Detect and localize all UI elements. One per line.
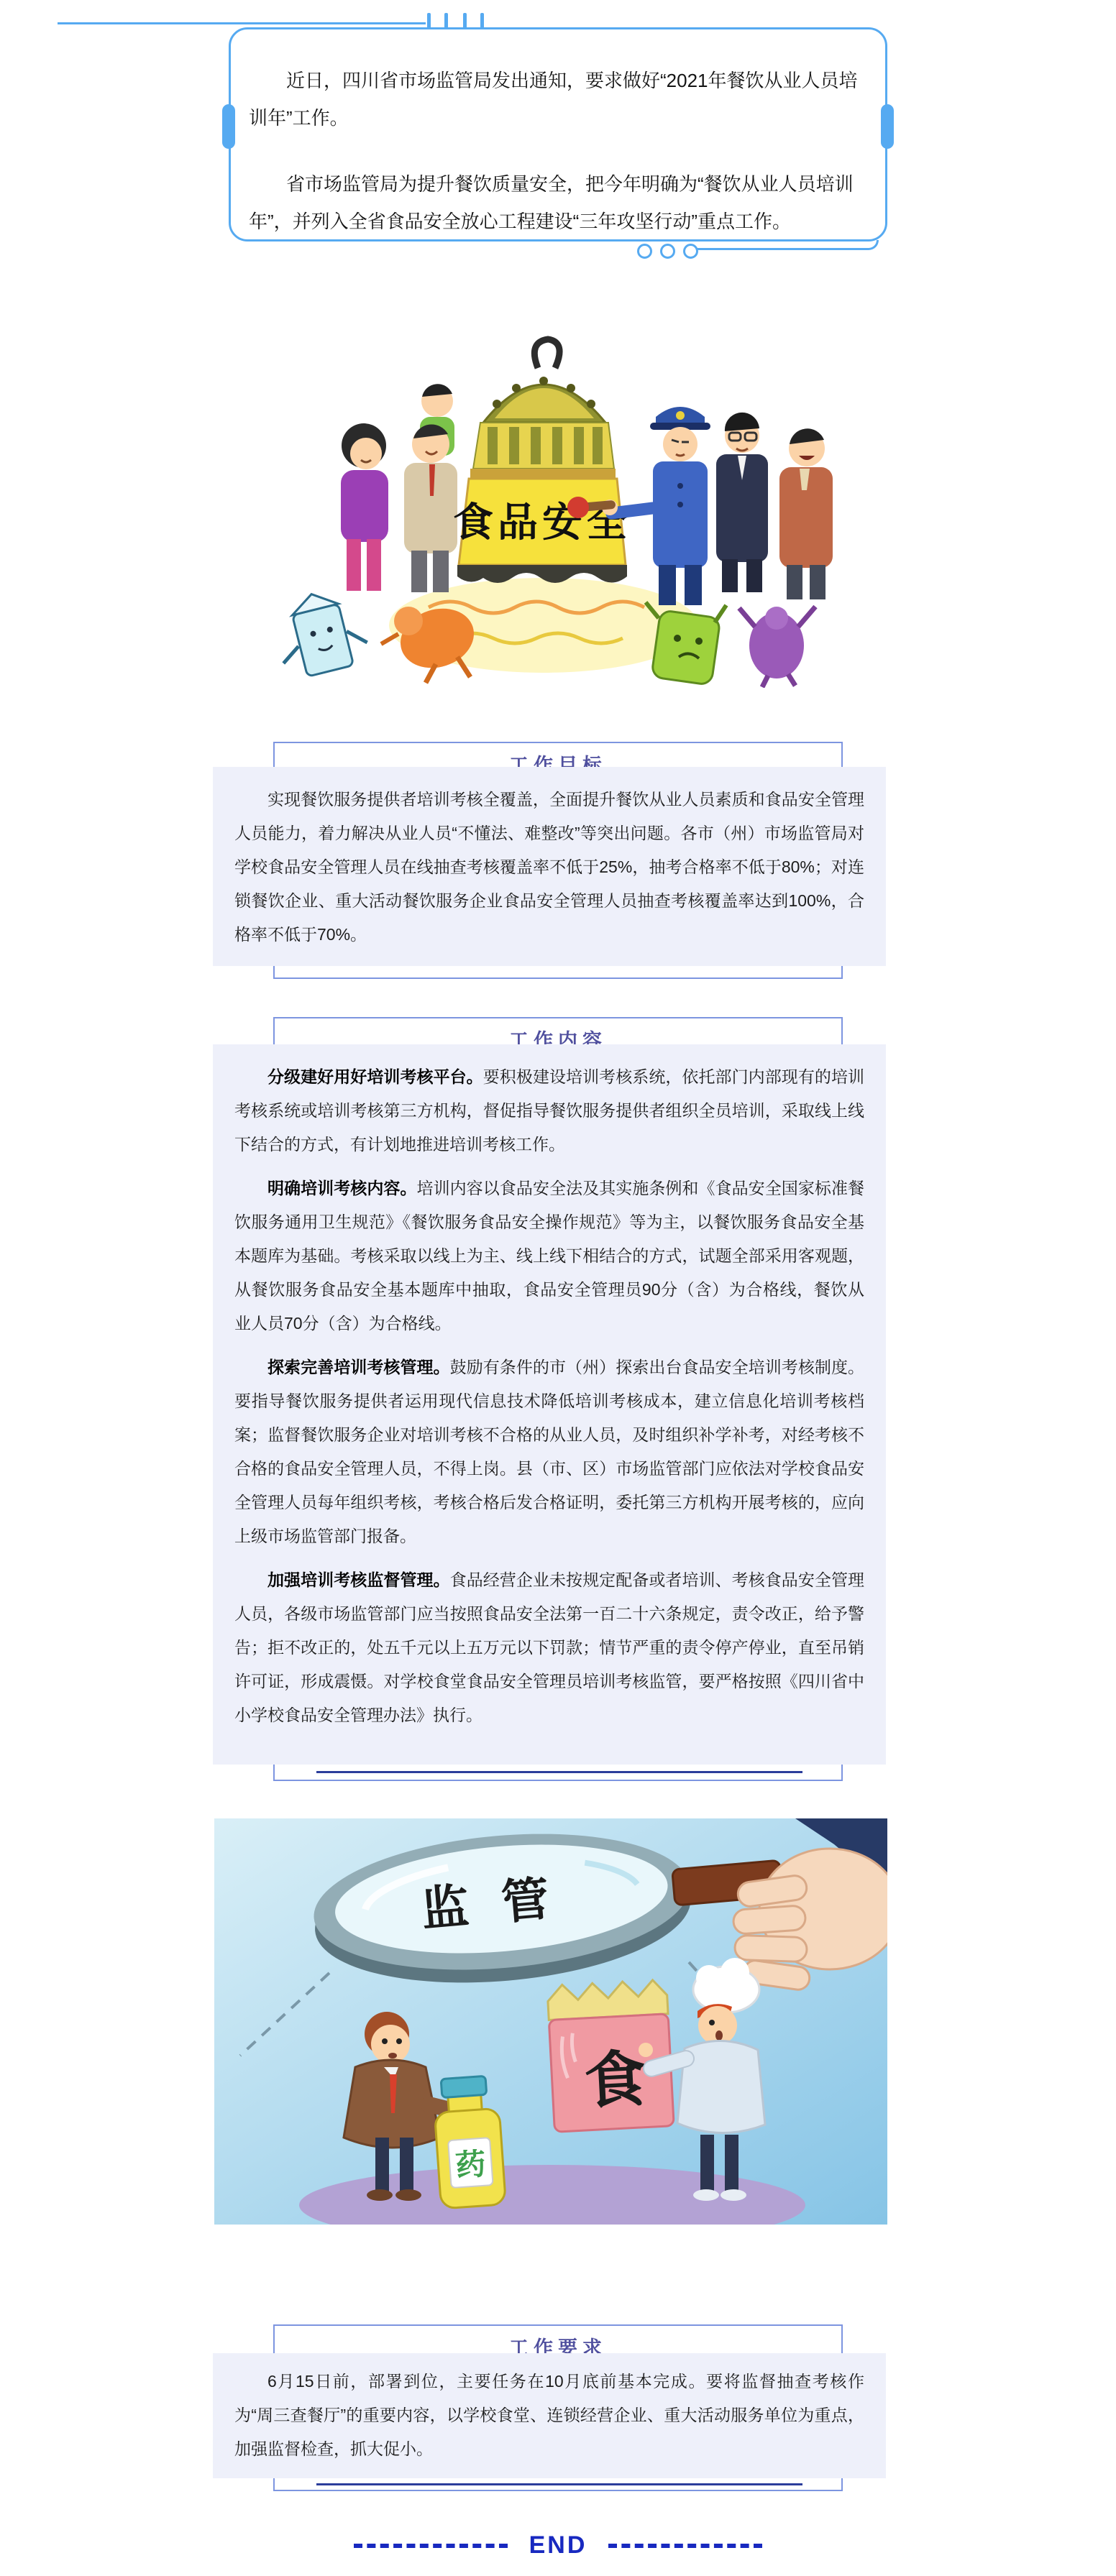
green-can-villain (646, 602, 726, 685)
section-panel-requirements: 6月15日前，部署到位，主要任务在10月底前基本完成。要将监督抽查考核作为“周三… (213, 2353, 886, 2478)
purple-villain (739, 607, 815, 687)
laughing-man-figure (779, 428, 833, 599)
intro-paragraph: 近日，四川省市场监管局发出通知，要求做好“2021年餐饮从业人员培训年”工作。 (249, 62, 872, 137)
illustration-supervision-magnifier: 监管 (214, 1818, 887, 2225)
illustration-food-safety-bell: 食品安全 (256, 280, 864, 688)
section-paragraph: 加强培训考核监督管理。食品经营企业未按规定配备或者培训、考核食品安全管理人员，各… (234, 1563, 864, 1732)
woman-figure (341, 423, 388, 591)
end-dash-right-icon (608, 2544, 762, 2548)
bottom-decor-line (696, 248, 867, 250)
section-bottom-rule (316, 2483, 802, 2485)
suit-man-figure (716, 413, 768, 592)
bottle-label: 药 (454, 2147, 487, 2183)
bottom-decor-corner (866, 240, 879, 250)
father-and-child-figure (404, 384, 457, 592)
food-safety-bell: 食品安全 (453, 339, 631, 583)
end-label: END (529, 2531, 587, 2559)
section-panel-goals: 实现餐饮服务提供者培训考核全覆盖，全面提升餐饮从业人员素质和食品安全管理人员能力… (213, 767, 886, 966)
bottom-decor-dot-icon (683, 244, 698, 259)
section-bottom-rule (316, 1771, 802, 1773)
intro-text: 近日，四川省市场监管局发出通知，要求做好“2021年餐饮从业人员培训年”工作。 … (249, 62, 872, 240)
end-dash-left-icon (354, 2544, 508, 2548)
intro-right-pill-icon (881, 104, 894, 149)
intro-left-pill-icon (222, 104, 235, 149)
section-paragraph: 6月15日前，部署到位，主要任务在10月底前基本完成。要将监督抽查考核作为“周三… (234, 2365, 864, 2466)
section-paragraph: 分级建好用好培训考核平台。要积极建设培训考核系统，依托部门内部现有的培训考核系统… (234, 1060, 864, 1161)
end-footer: END (0, 2531, 1116, 2559)
section-paragraph: 探索完善培训考核管理。鼓励有条件的市（州）探索出台食品安全培训考核制度。要指导餐… (234, 1351, 864, 1553)
bottom-decor-dot-icon (637, 244, 652, 259)
bag-label: 食 (582, 2045, 648, 2117)
food-bag: 食 (547, 1979, 674, 2132)
article-page: 近日，四川省市场监管局发出通知，要求做好“2021年餐饮从业人员培训年”工作。 … (0, 0, 1116, 2576)
bottom-decor-dot-icon (660, 244, 675, 259)
top-decor-line (58, 22, 426, 24)
milk-carton-villain (269, 584, 372, 681)
section-paragraph: 实现餐饮服务提供者培训考核全覆盖，全面提升餐饮从业人员素质和食品安全管理人员能力… (234, 783, 864, 952)
section-panel-content: 分级建好用好培训考核平台。要积极建设培训考核系统，依托部门内部现有的培训考核系统… (213, 1044, 886, 1765)
intro-paragraph: 省市场监管局为提升餐饮质量安全，把今年明确为“餐饮从业人员培训年”，并列入全省食… (249, 165, 872, 240)
section-paragraph: 明确培训考核内容。培训内容以食品安全法及其实施条例和《食品安全国家标准餐饮服务通… (234, 1172, 864, 1340)
